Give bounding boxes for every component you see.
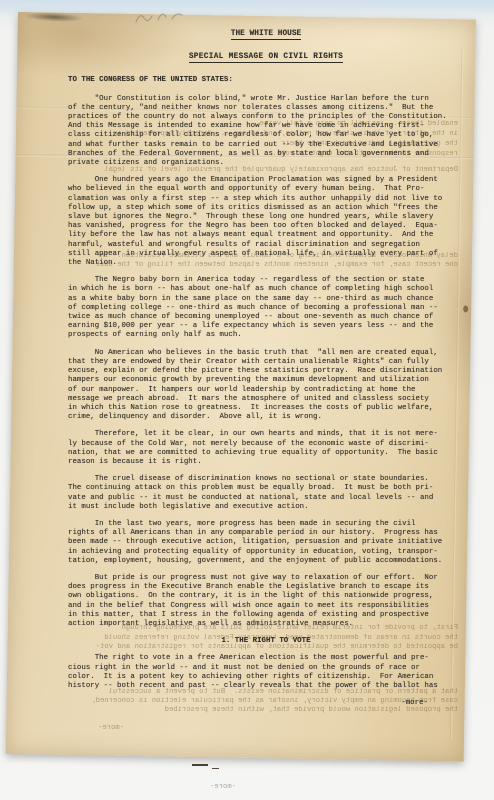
document-title: SPECIAL MESSAGE ON CIVIL RIGHTS bbox=[68, 53, 464, 62]
letterhead: THE WHITE HOUSE bbox=[68, 30, 464, 39]
salutation: TO THE CONGRESS OF THE UNITED STATES: bbox=[68, 76, 464, 85]
paragraph: One hundred years ago the Emancipation P… bbox=[68, 176, 464, 268]
letterhead-text: THE WHITE HOUSE bbox=[231, 30, 301, 40]
paragraph: The Negro baby born in America today -- … bbox=[68, 276, 464, 340]
ink-smudge bbox=[24, 11, 84, 23]
typed-text-block: THE WHITE HOUSE SPECIAL MESSAGE ON CIVIL… bbox=[68, 30, 464, 708]
paragraph: The right to vote in a free American ele… bbox=[68, 654, 464, 691]
paragraph: Therefore, let it be clear, in our own h… bbox=[68, 430, 464, 467]
paragraph: But pride is our progress must not give … bbox=[68, 574, 464, 629]
paragraph: The cruel disease of discrimination know… bbox=[68, 475, 464, 512]
document-title-text: SPECIAL MESSAGE ON CIVIL RIGHTS bbox=[189, 53, 343, 63]
pen-dash bbox=[192, 764, 208, 766]
continuation-mark: -more- bbox=[68, 699, 464, 708]
paragraph: No American who believes in the basic tr… bbox=[68, 349, 464, 423]
bleedthrough-more-mark: -more- bbox=[210, 783, 236, 791]
section-heading: 1. THE RIGHT TO VOTE bbox=[68, 637, 464, 646]
paragraph: In the last two years, more progress has… bbox=[68, 520, 464, 566]
paragraph: "Our Constitution is color blind," wrote… bbox=[68, 95, 464, 169]
scanned-document-photo: enabled these ... as well to gain a full… bbox=[0, 0, 494, 800]
pen-dash bbox=[212, 768, 219, 769]
pencil-mark bbox=[132, 6, 188, 28]
pen-dash-marks bbox=[192, 762, 226, 772]
